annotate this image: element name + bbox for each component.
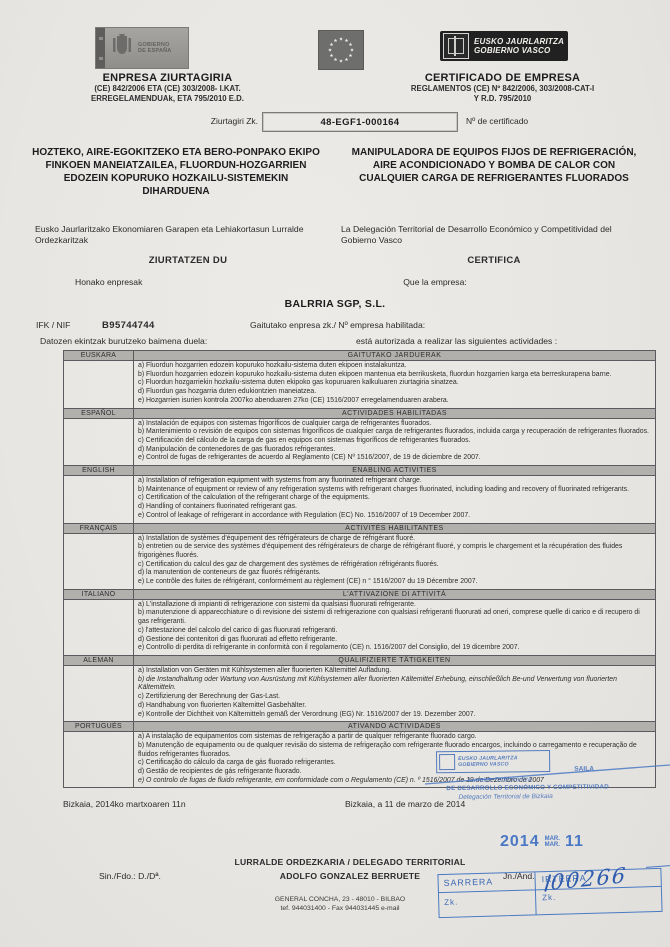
header-titles: ENPRESA ZIURTAGIRIA (CE) 842/2006 ETA (C… [0,72,670,103]
section-items: a) Installation de systèmes d'équipement… [134,533,656,589]
activity-item: a) Installation von Geräten mit Kühlsyst… [138,667,651,676]
stamp-line3: Delegación Territorial de Bizkaia [458,793,552,801]
activity-item: c) Certificación del cálculo de la carga… [138,437,651,446]
section-items: a) Installation of refrigeration equipme… [134,476,656,524]
stamp-line2: DE DESARROLLO ECONÓMICO Y COMPETITIVIDAD [446,783,609,792]
activity-item: e) Le contrôle des fuites de réfrigérant… [138,578,651,587]
activity-item: a) A instalação de equipamentos com sist… [138,733,651,742]
registry-divider [534,872,537,914]
company-intro-es: Que la empresa: [335,277,535,287]
activity-item: d) la manutention de conteneurs de gaz f… [138,569,651,578]
issue-date-eu: Bizkaia, 2014ko martxoaren 11n [63,799,186,809]
certificate-number-field: 48-EGF1-000164 [262,112,458,132]
language-label: ALEMAN [64,655,134,665]
section-items: a) Instalación de equipos con sistemas f… [134,418,656,466]
title-eu: ENPRESA ZIURTAGIRIA [0,72,335,84]
issue-date-es: Bizkaia, a 11 de marzo de 2014 [345,799,465,809]
section-body-row: a) Instalación de equipos con sistemas f… [64,418,656,466]
company-name: BALRRIA SGP, S.L. [0,298,670,310]
activity-item: d) Handhabung von fluorierten Kältemitte… [138,702,651,711]
stamp-basque-logo: EUSKO JAURLARITZA GOBIERNO VASCO [436,750,550,773]
certifies-verb-eu: ZIURTATZEN DU [35,255,341,266]
activity-item: d) Fluordun gas hozgarria duten edukiont… [138,388,651,397]
stamp-emblem-icon [439,754,455,770]
nif-value: B95744744 [102,320,155,331]
language-spacer [64,476,134,524]
activity-item: e) Control de fugas de refrigerantes de … [138,454,651,463]
company-intro-eu: Honako enpresak [75,277,142,287]
regulation-eu-line2: ERREGELAMENDUAk, ETA 795/2010 E.D. [0,94,335,104]
activity-item: a) Instalación de equipos con sistemas f… [138,420,651,429]
section-title: ACTIVITÉS HABILITANTES [134,523,656,533]
section-title: QUALIFIZIERTE TÄTIGKEITEN [134,655,656,665]
activity-item: c) Certification du calcul des gaz de ch… [138,561,651,570]
activity-item: e) Kontrolle der Dichtheit von Kältemitt… [138,711,651,720]
authorization-eu: Datozen ekintzak burutzeko baimena duela… [40,336,207,346]
activity-item: d) Gestione dei contenitori di gas fluor… [138,636,651,645]
office-address: GENERAL CONCHA, 23 - 48010 - BILBAO [240,896,440,905]
section-header-row: FRANÇAIS ACTIVITÉS HABILITANTES [64,523,656,533]
stamp-logo-text: EUSKO JAURLARITZA GOBIERNO VASCO [458,755,518,768]
section-body-row: a) Installation von Geräten mit Kühlsyst… [64,665,656,721]
date-stamp-day: 11 [565,833,584,851]
language-label: ESPAÑOL [64,408,134,418]
section-title: GAITUTAKO JARDUERAK [134,351,656,361]
activity-item: a) Installation of refrigeration equipme… [138,477,651,486]
section-title: ACTIVIDADES HABILITADAS [134,408,656,418]
scope-title-eu: HOZTEKO, AIRE-EGOKITZEKO ETA BERO-PONPAK… [30,146,322,198]
language-spacer [64,418,134,466]
language-label: ENGLISH [64,466,134,476]
activity-item: d) Handling of containers fluorinated re… [138,503,651,512]
office-footer: GENERAL CONCHA, 23 - 48010 - BILBAO tef.… [240,896,440,913]
language-label: FRANÇAIS [64,523,134,533]
section-header-row: PORTUGUÉS ATIVANDO ACTIVIDADES [64,722,656,732]
section-items: a) L'installazione di impianti di refrig… [134,599,656,655]
activity-item: b) entretien ou de service des systèmes … [138,543,651,560]
activity-item: c) Zertifizierung der Berechnung der Gas… [138,693,651,702]
language-label: ITALIANO [64,589,134,599]
basque-logo-text: EUSKO JAURLARITZA GOBIERNO VASCO [474,37,568,55]
activity-item: a) Fluordun hozgarrien edozein kopuruko … [138,362,651,371]
language-spacer [64,665,134,721]
title-es: CERTIFICADO DE EMPRESA [335,72,670,84]
language-label: PORTUGUÉS [64,722,134,732]
nif-label: IFK / NIF [36,320,70,330]
signer-position: LURRALDE ORDEZKARIA / DELEGADO TERRITORI… [180,857,520,867]
basque-emblem-icon [443,33,469,59]
cert-number-label-eu: Ziurtagiri Zk. [211,116,258,126]
activity-item: a) Installation de systèmes d'équipement… [138,535,651,544]
section-title: ENABLING ACTIVITIES [134,466,656,476]
gobierno-de-espana-logo: GOBIERNO DE ESPAÑA [95,27,189,69]
date-stamp: 2014 MAR. MAR. 11 [500,833,584,851]
certifier-body-eu: Eusko Jaurlaritzako Ekonomiaren Garapen … [35,224,341,245]
section-items: a) Installation von Geräten mit Kühlsyst… [134,665,656,721]
registry-zk-in-label: Zk. [444,898,458,907]
scope-title-es: MANIPULADORA DE EQUIPOS FIJOS DE REFRIGE… [348,146,640,198]
spain-flag-strip [96,28,105,68]
activity-item: e) Control of leakage of refrigerant in … [138,512,651,521]
eu-flag-icon [318,30,364,70]
stamp-saila: SAILA [574,766,594,773]
language-spacer [64,533,134,589]
eusko-jaurlaritza-logo: EUSKO JAURLARITZA GOBIERNO VASCO [440,31,568,61]
activity-item: b) Maintenance of equipment or review of… [138,486,651,495]
regulation-es-line2: Y R.D. 795/2010 [335,94,670,104]
section-title: L'ATTIVAZIONE DI ATTIVITÀ [134,589,656,599]
section-body-row: a) Fluordun hozgarrien edozein kopuruko … [64,361,656,409]
registry-number-handwritten: 00266 [550,863,628,895]
fdo-label: Sin./Fdo.: D./Dª. [99,871,161,881]
section-items: a) A instalação de equipamentos com sist… [134,732,656,788]
header-spanish-column: CERTIFICADO DE EMPRESA REGLAMENTOS (CE) … [335,72,670,103]
activity-item: b) Fluordun hozgarrien edozein kopuruko … [138,371,651,380]
cert-number-label-es: Nº de certificado [466,116,528,126]
section-header-row: ESPAÑOL ACTIVIDADES HABILITADAS [64,408,656,418]
enabled-company-label: Gaitutako enpresa zk./ Nº empresa habili… [250,320,425,330]
regulation-eu-line1: (CE) 842/2006 ETA (CE) 303/2008- I.KAT. [0,84,335,94]
certifier-eu-column: Eusko Jaurlaritzako Ekonomiaren Garapen … [35,224,341,266]
activities-table: EUSKARA GAITUTAKO JARDUERAK a) Fluordun … [63,350,656,788]
activity-item: c) Certification of the calculation of t… [138,494,651,503]
section-body-row: a) Installation of refrigeration equipme… [64,476,656,524]
section-header-row: ENGLISH ENABLING ACTIVITIES [64,466,656,476]
activity-item: a) L'installazione di impianti di refrig… [138,601,651,610]
activity-item: e) Hozgarrien isurien kontrola 2007ko ab… [138,397,651,406]
registry-in-label: SARRERA [444,877,494,888]
stamp-line1: Lurralde Ordezkaritza [468,776,531,784]
date-stamp-month: MAR. MAR. [545,836,560,849]
section-items: a) Fluordun hozgarrien edozein kopuruko … [134,361,656,409]
header-basque-column: ENPRESA ZIURTAGIRIA (CE) 842/2006 ETA (C… [0,72,335,103]
activity-item: e) Controllo di perdita di refrigerante … [138,644,651,653]
office-contact: tef. 944031400 - Fax 944031445 e-mail [240,905,440,914]
certifier-es-column: La Delegación Territorial de Desarrollo … [341,224,647,266]
spain-logo-text: GOBIERNO DE ESPAÑA [138,42,171,55]
certifies-verb-es: CERTIFICA [341,255,647,266]
language-spacer [64,732,134,788]
language-spacer [64,599,134,655]
activity-item: b) die Instandhaltung oder Wartung von A… [138,676,651,693]
authorization-es: está autorizada a realizar las siguiente… [356,336,557,346]
section-body-row: a) A instalação de equipamentos com sist… [64,732,656,788]
activity-item: b) manutenzione di apparecchiature o di … [138,609,651,626]
activity-item: c) Fluordun hozgarriekin hozkailu-sistem… [138,379,651,388]
section-body-row: a) Installation de systèmes d'équipement… [64,533,656,589]
certificate-page: GOBIERNO DE ESPAÑA EUSKO JAURLARITZA GOB… [0,0,670,947]
scope-titles: HOZTEKO, AIRE-EGOKITZEKO ETA BERO-PONPAK… [30,146,640,198]
activity-item: d) Manipulación de contenedores de gas f… [138,446,651,455]
section-title: ATIVANDO ACTIVIDADES [134,722,656,732]
certificate-number-row: Ziurtagiri Zk. 48-EGF1-000164 Nº de cert… [0,112,670,132]
activity-item: b) Manutenção de equipamento ou de qualq… [138,742,651,759]
regulation-es-line1: REGLAMENTOS (CE) Nº 842/2006, 303/2008-C… [335,84,670,94]
section-header-row: EUSKARA GAITUTAKO JARDUERAK [64,351,656,361]
certifier-body-es: La Delegación Territorial de Desarrollo … [341,224,647,245]
language-spacer [64,361,134,409]
language-label: EUSKARA [64,351,134,361]
spain-coat-of-arms-icon [111,33,133,64]
section-header-row: ITALIANO L'ATTIVAZIONE DI ATTIVITÀ [64,589,656,599]
section-header-row: ALEMAN QUALIFIZIERTE TÄTIGKEITEN [64,655,656,665]
activity-item: b) Mantenimiento o revisión de equipos c… [138,428,651,437]
registry-in-out-box: SARRERA IRTEERA Zk. Zk. 00266 [437,868,662,918]
date-stamp-year: 2014 [500,833,540,851]
certifier-block: Eusko Jaurlaritzako Ekonomiaren Garapen … [35,224,647,266]
section-body-row: a) L'installazione di impianti di refrig… [64,599,656,655]
activity-item: c) l'attestazione del calcolo del carico… [138,627,651,636]
